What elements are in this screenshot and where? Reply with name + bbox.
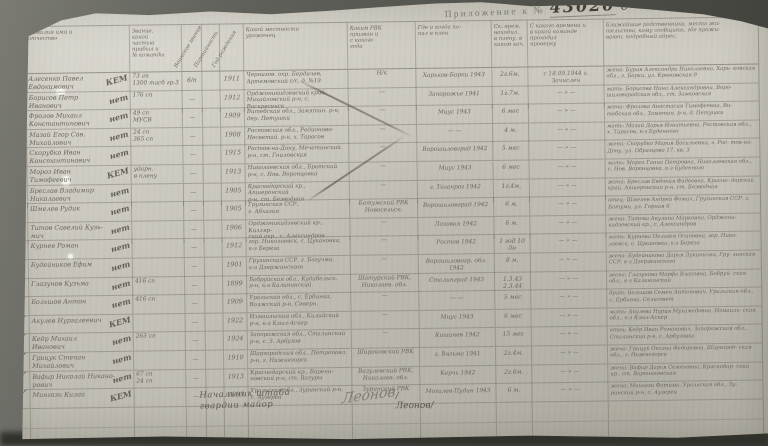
cell-captivity: 6 мес (494, 160, 530, 178)
cell-unit (131, 146, 183, 165)
cell-rvk: Широковский РВК (352, 348, 420, 367)
cell-birth: Шаргородская обл., Петропавл. р-н, г. Ни… (248, 349, 352, 368)
cell-captivity: 2г.6м. (496, 365, 532, 383)
cell-year: 1911 (220, 71, 244, 90)
person-name: Кедр Михаил Иванович (32, 335, 77, 352)
document-content: Приложение к № 43020 ϲ №№ п/п Фамилия им… (0, 0, 768, 444)
cell-birth: Краснодарский кр., Варени- ковский р-н, … (248, 367, 352, 386)
cell-year: 1915 (221, 146, 245, 164)
cell-rvk: — (351, 292, 419, 310)
pencil-annotation: нет (110, 241, 131, 254)
cell-year: 1905 (222, 201, 246, 219)
cell-relatives: отец: Шмелев Андрей Фомич, Грузинская СС… (606, 195, 760, 215)
cell-name: Мазай Егор Сав. Михайловичнет (27, 128, 131, 147)
cell-service: — » — (532, 364, 608, 383)
register-table: №№ п/п Фамилия имя и отчество Звание, ка… (9, 16, 764, 446)
cell-captured: Миус 1943 (418, 161, 494, 180)
cell-relatives: мать: Акулева Нурия Мухамедовна, Измаиль… (607, 306, 761, 326)
cell-captured: Сталинград 1943 (419, 272, 495, 291)
header-captured: Где и когда по- пал в плен (416, 21, 493, 68)
cell-natl (205, 239, 223, 257)
cell-relatives: жена: Вафир Дарья Семеновна, Краснодар- … (608, 362, 762, 382)
cell-party: — (185, 295, 205, 313)
pencil-annotation: КЕМ (109, 389, 133, 402)
cell-relatives: жена: Бурая Александра Николаевна, Харь-… (604, 64, 758, 85)
signature-block: Начальник штаба гвардии майор Леонов /Ле… (199, 389, 290, 412)
cell-relatives: мать: Мазай Дарья Игнатьевна, Ростовская… (605, 120, 759, 140)
cell-birth: Запорожская обл., Сталинский р-н, с. З. … (248, 330, 352, 349)
cell-unit: ударн. в плену (132, 165, 184, 184)
cell-year: 1922 (223, 313, 247, 331)
cell-rvk: — (351, 255, 419, 275)
person-name: Курнев Роман (31, 242, 79, 251)
cell-service: — » — (530, 159, 606, 178)
cell-party: — (183, 109, 203, 127)
cell-captivity: 6 м. (494, 198, 530, 216)
person-name: Мороз Иван Тимофеевич (30, 167, 72, 184)
person-name: Будейников Ефим (31, 260, 92, 269)
cell-birth: Измаильская обл., Килийский р-н, к-з Кзы… (247, 312, 351, 331)
cell-captured: Миус 1943 (417, 105, 493, 124)
cell-captured: Ворошиловогр. обл. 1942 (419, 254, 495, 274)
cell-party: — (185, 258, 205, 277)
cell-service: — » — (529, 122, 605, 141)
cell-name: Мингази КилайКЕМ (30, 389, 134, 408)
person-name: Мингази Килай (32, 390, 85, 399)
cell-natl (205, 276, 223, 294)
cell-service: — » — (531, 271, 607, 290)
cell-service: — » — (531, 308, 607, 327)
cell-year: 1913 (222, 164, 246, 182)
cell-unit: 67 сп 24 сп (134, 370, 186, 389)
cell-captivity: 1.3.43 2.3.44 (495, 272, 531, 290)
cell-captured: Харьков-Борки 1943 (416, 68, 492, 88)
cell-unit (132, 202, 184, 220)
person-name: Фролов Михаил Константинович (29, 112, 90, 129)
person-name: Шмелев Рудик (30, 205, 80, 214)
cell-captivity: 1 год 10 дн (494, 235, 530, 253)
table-body: VАлесенко Павел ЕвдокимовичКЕМ73 ап 1300… (10, 64, 762, 408)
cell-unit (134, 388, 186, 406)
cell-year: 1909 (221, 108, 245, 126)
cell-captured: Миус 1943 (419, 310, 495, 329)
cell-service: — » — (532, 345, 608, 364)
cell-name: Акулев НургалеевичКЕМ (30, 314, 134, 333)
cell-year: 1901 (223, 257, 247, 276)
cell-unit: 416 сп (133, 277, 185, 296)
stamp-label: Приложение к № (445, 6, 546, 20)
cell-relatives: жена: Фролова Анастасия Тимофеевна, Ви- … (605, 102, 759, 122)
cell-party: — (184, 202, 204, 220)
cell-relatives: жена: Грицук Оксана Федоровна, Шаргород-… (608, 343, 762, 363)
person-name: Борисов Петр Иванович (29, 93, 79, 110)
pencil-annotation: нет (109, 204, 130, 217)
signer-role-line2: гвардии майор (200, 399, 291, 413)
person-name: Акулев Нургалеевич (32, 316, 102, 325)
cell-party: — (185, 276, 205, 294)
cell-service: — » — (530, 197, 606, 216)
cell-captivity: 8 м. (495, 253, 531, 272)
cell-birth: Чернигов. окр. Бердичев, Артемовский с/с… (244, 70, 348, 90)
cell-captured: — — (419, 291, 495, 310)
person-name: Титов Савелий Кузь- мич (30, 223, 102, 240)
cell-natl (204, 202, 222, 220)
cell-party: — (183, 146, 203, 164)
cell-rvk: Вазулевский РВК, Николаев. обл. (352, 366, 420, 385)
paper-sheet: Приложение к № 43020 ϲ №№ п/п Фамилия им… (4, 0, 768, 444)
cell-captured: Керчь 1942 (420, 365, 496, 384)
cell-rvk: — (351, 236, 419, 255)
cell-name: Скорубко Иван Константиновичнет (27, 147, 131, 166)
cell-birth: Грузинская ССР, г. Богучма, к-з Дзержинс… (247, 256, 351, 276)
cell-service: — » — (530, 234, 606, 253)
cell-unit (133, 258, 185, 278)
cell-year: 1908 (221, 127, 245, 145)
pencil-annotation: КЕМ (106, 166, 130, 179)
pencil-annotation: нет (109, 222, 130, 235)
cell-rvk: — (352, 329, 420, 348)
cell-birth: Николаевская обл., Братский р-н, с. Нов.… (246, 163, 350, 182)
pencil-annotation: нет (110, 297, 131, 310)
signer-role: Начальник штаба гвардии майор (199, 388, 290, 413)
cell-relatives: жена: Мингази Фатима, Уральская обл., Зу… (608, 381, 762, 401)
cell-relatives: мать: Мороз Ганна Петровна, Николаевская… (606, 157, 760, 177)
cell-natl (206, 369, 224, 387)
cell-year: 1912 (223, 239, 247, 257)
cell-party: — (184, 165, 204, 183)
cell-relatives: жена: Будейникова Дарья Лукинична, Гру- … (607, 250, 761, 271)
cell-party: — (186, 369, 206, 387)
cell-rvk: — (349, 143, 417, 162)
pencil-annotation: нет (111, 334, 132, 347)
header-service: С какого времени и в какой команде прохо… (528, 20, 605, 67)
cell-captivity: 6 мес (493, 105, 529, 123)
cell-captured: г. Вязьма 1941 (420, 347, 496, 366)
cell-captivity: 2г.6м. (492, 67, 528, 86)
cell-birth: Уральская обл., с. Ербинка, Волжский р-н… (247, 293, 351, 312)
cell-unit: 73 ап 1300 тасб гр.3 (130, 72, 182, 92)
person-name: Вафир Николай Никано- рович (32, 371, 115, 388)
cell-name: Грицук Степан Михайловичнет (30, 352, 134, 371)
cell-year: 1913 (224, 369, 248, 387)
header-birthplace: Какой местности уроженец (244, 23, 349, 70)
cell-natl (206, 332, 224, 350)
cell-service: — » — (529, 141, 605, 160)
cell-relatives: жена: Скорубко Мария Васильевна, г. Рос-… (605, 139, 759, 159)
cell-rvk: Шатурский РВК, Николаев. обл. (351, 273, 419, 292)
cell-natl (205, 313, 223, 331)
cell-year: 1924 (224, 332, 248, 350)
cell-captivity: 6 м. (496, 384, 532, 402)
cell-birth: Витебская обл., Замятин. р-н, дер. Петуш… (245, 107, 349, 126)
cell-natl (202, 72, 220, 91)
cell-relatives: жена: Глазунова Марфа Власовна, Бобруй- … (607, 269, 761, 289)
cell-year: 1910 (224, 350, 248, 368)
pencil-annotation: нет (108, 148, 129, 161)
cell-captivity: 15 мес (496, 328, 532, 346)
cell-natl (205, 295, 223, 313)
cell-rvk: — (351, 311, 419, 329)
cell-natl (206, 350, 224, 368)
cell-service: — » — (531, 290, 607, 309)
cell-unit (133, 314, 185, 332)
cell-service: — » — (532, 327, 608, 346)
cell-natl (204, 164, 222, 182)
cell-captured: Ворошиловград 1942 (417, 142, 493, 161)
person-name: Алесенко Павел Евдокимович (28, 74, 83, 91)
cell-natl (203, 146, 221, 164)
header-rvk: Каким РВК призван и с какого года (348, 22, 417, 69)
person-name: Скорубко Иван Константинович (29, 149, 90, 166)
cell-captured: — — (417, 124, 493, 143)
header-name: Фамилия имя и отчество (26, 26, 131, 73)
pencil-annotation: нет (110, 259, 131, 272)
pencil-annotation: нет (110, 278, 131, 291)
cell-natl (205, 257, 223, 276)
cell-name: Будейников Ефимнет (29, 259, 133, 279)
person-name: Грицук Степан Михайлович (32, 353, 85, 370)
cell-party: б/п (182, 72, 202, 91)
cell-captivity: 6 мес (495, 309, 531, 327)
cell-birth: гор. Николаевск, с. Цукановка, к-з Берез… (247, 237, 351, 256)
cell-name: Фролов Михаил Константиновичнет (27, 110, 131, 129)
person-name: Большов Антон (31, 297, 86, 306)
cell-captivity: 5 мес (495, 291, 531, 309)
cell-natl (203, 109, 221, 127)
cell-rvk: Н/к (348, 69, 416, 89)
person-name: Глазунов Кузьма (31, 279, 89, 288)
cell-service: — » — (531, 252, 607, 272)
pencil-annotation: КЕМ (108, 315, 132, 328)
cell-party: — (185, 239, 205, 257)
cell-captivity: 2г.4м. (496, 346, 532, 364)
cell-captured: Ворошиловград 1942 (418, 198, 494, 217)
header-captivity: Ск. врем. находил. в плену, в каком кач. (492, 21, 529, 67)
header-relatives: Ближайшие родственники, место жи- тельст… (604, 17, 759, 65)
cell-captivity: 4 м. (493, 123, 529, 141)
cell-name: Большов Антоннет (29, 296, 133, 315)
person-name: Мазай Егор Сав. Михайлович (29, 130, 85, 147)
cell-party: — (183, 128, 203, 146)
cell-service: с 18.09.1944 г. Зачислен (528, 67, 604, 87)
cell-unit: 24 сп 365 сп (131, 128, 183, 147)
cell-name: Мороз Иван ТимофеевичКЕМ (28, 166, 132, 185)
cell-name: Курнев Романнет (29, 240, 133, 259)
cell-unit (133, 239, 185, 258)
pencil-annotation: нет (108, 111, 129, 124)
cell-birth: Бобруйская обл., Кудабельск. р-н, к-з Ка… (247, 274, 351, 293)
cell-captured: Кишинев 1942 (420, 328, 496, 347)
cell-unit (134, 351, 186, 370)
cell-birth: Ростов-на-Дону, Мечетинский р-н, ст. Гни… (245, 144, 349, 163)
cell-party: — (186, 351, 206, 369)
pencil-annotation: нет (111, 352, 132, 365)
cell-captivity: 5 мес (493, 142, 529, 160)
cell-year: 1909 (223, 294, 247, 312)
signature-name: /Леонов/ (396, 391, 434, 411)
cell-rvk: Батумский РВК Новосельск. (350, 199, 418, 217)
cell-captured: Ростов 1942 (418, 235, 494, 254)
cell-party: — (185, 313, 205, 331)
cell-unit: 416 сп (133, 295, 185, 313)
cell-name: Алесенко Павел ЕвдокимовичКЕМ (26, 73, 130, 93)
cell-name: Шмелев Рудикнет (28, 203, 132, 222)
cell-service: — » — (532, 383, 608, 402)
cell-birth: Ростовская обл., Родионово- Несветай. р-… (245, 126, 349, 145)
cell-natl (203, 127, 221, 145)
cell-year: 1899 (223, 276, 247, 294)
pencil-annotation: КЕМ (105, 73, 129, 86)
cell-birth: Грузинская ССР, г. Абхазия (246, 200, 350, 219)
cell-relatives: мать: Курнева Пелагея Осиповна, гор. Ник… (606, 232, 760, 252)
person-name: Бреслав Владимир Николаевич (30, 186, 94, 203)
cell-unit: 49 сп МУСВ (131, 109, 183, 128)
header-birthyear: Год рождения (220, 24, 245, 70)
pencil-annotation: нет (108, 92, 129, 105)
cell-name: Глазунов Кузьманет (29, 277, 133, 296)
cell-unit: 263 сп (134, 332, 186, 351)
cell-service: — » — (529, 104, 605, 123)
cell-relatives: брат: Большов Семен Антонович, Уральская… (607, 288, 761, 308)
cell-party: — (186, 332, 206, 350)
cell-relatives: отец: Кедр Иван Романович, Запорожская о… (608, 325, 762, 345)
pencil-annotation: нет (109, 185, 130, 198)
cell-name: Кедр Михаил Ивановичнет (30, 333, 134, 352)
cell-name: Вафир Николай Никано- ровичнет (30, 370, 134, 389)
pencil-annotation: нет (108, 129, 129, 142)
